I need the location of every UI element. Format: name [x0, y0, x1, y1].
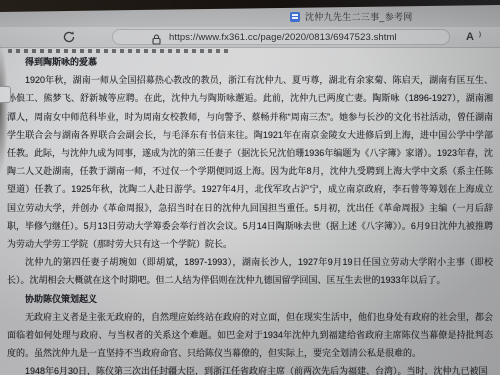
screen-photo: 沈仲九先生二三事_参考网 https://www.fx361.cc/page/2… — [0, 0, 500, 375]
article-paragraph: 1920年秋，湖南一师从全国招募热心教改的教员，浙江有沈仲九、夏丏尊，湖北有余家… — [7, 71, 493, 253]
lock-icon — [152, 32, 161, 43]
article-paragraph: 无政府主义者是主张无政府的，自然理应始终站在政府的对立面，但在现实生活中，他们也… — [7, 308, 493, 363]
article-paragraph: 1948年6月30日，陈仪第三次出任封疆大臣，到浙江任省政府主席（前两次先后为福… — [7, 362, 493, 375]
read-aloud-icon[interactable]: A) — [466, 31, 480, 45]
reload-icon[interactable] — [62, 30, 76, 44]
browser-tab[interactable]: 沈仲九先生二三事_参考网 — [290, 9, 413, 24]
page-content: 得到陶斯咏的爱慕 1920年秋，湖南一师从全国招募热心教改的教员，浙江有沈仲九、… — [0, 48, 500, 375]
url-field[interactable]: https://www.fx361.cc/page/2020/0813/6947… — [112, 29, 450, 45]
tab-title: 沈仲九先生二三事_参考网 — [305, 10, 413, 23]
site-favicon-icon — [290, 12, 300, 22]
article-text: 得到陶斯咏的爱慕 1920年秋，湖南一师从全国招募热心教改的教员，浙江有沈仲九、… — [7, 53, 493, 375]
article-paragraph: 沈仲九的第四任妻子胡琬如（即胡斌，1897-1993），湖南长沙人，1927年9… — [7, 253, 493, 289]
url-text: https://www.fx361.cc/page/2020/0813/6947… — [169, 32, 397, 43]
browser-address-bar: https://www.fx361.cc/page/2020/0813/6947… — [0, 27, 500, 48]
section-heading: 得到陶斯咏的爱慕 — [7, 53, 493, 71]
floating-edge-button[interactable] — [0, 86, 11, 103]
section-heading: 协助陈仪策划起义 — [7, 290, 493, 308]
